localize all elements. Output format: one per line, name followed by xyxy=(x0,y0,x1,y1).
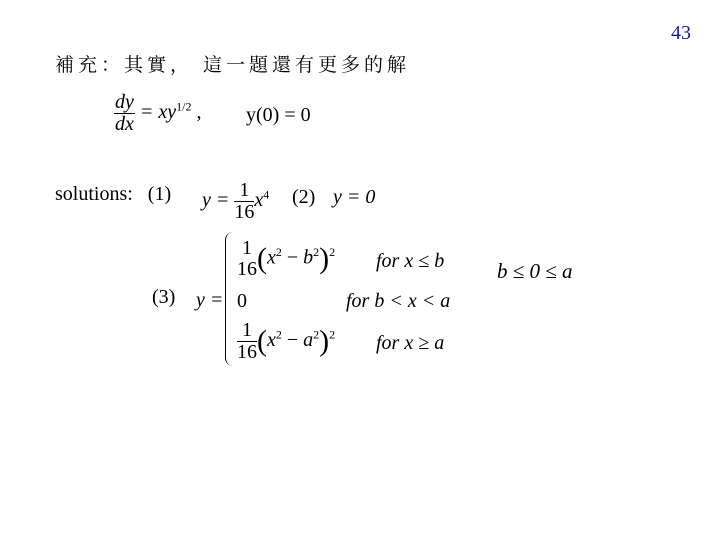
open-paren: ( xyxy=(257,242,267,275)
solution-1-exp: 4 xyxy=(263,187,269,201)
solution-1-lhs: y = xyxy=(202,189,229,211)
solution-3-label: (3) xyxy=(152,286,175,309)
initial-condition: y(0) = 0 xyxy=(246,104,311,127)
solutions-label: solutions: (1) xyxy=(55,183,171,206)
close-paren: ) xyxy=(319,325,329,358)
solution-3-lhs: y = xyxy=(196,289,223,312)
piecewise-row-3: 1 16 (x2 − a2)2 xyxy=(237,320,335,363)
solution-1: y = 1 16 x4 xyxy=(202,180,269,223)
ode-exponent: 1/2 xyxy=(176,99,191,113)
fraction-numerator: 1 xyxy=(237,320,257,342)
solution-2-label: (2) xyxy=(292,186,315,209)
row-3-x: x xyxy=(267,329,276,351)
row-1-fraction: 1 16 xyxy=(237,238,257,280)
parameter-constraint: b ≤ 0 ≤ a xyxy=(497,259,573,284)
row-1-const: b xyxy=(303,247,313,269)
row-3-outer-exp: 2 xyxy=(329,327,335,341)
fraction-numerator: 1 xyxy=(237,238,257,259)
row-1-x: x xyxy=(267,247,276,269)
fraction-denominator: 16 xyxy=(234,202,254,223)
piecewise-row-1: 1 16 (x2 − b2)2 xyxy=(237,238,335,280)
row-1-condition: for x ≤ b xyxy=(376,250,444,273)
solution-1-var: x xyxy=(254,189,263,211)
solution-1-fraction: 1 16 xyxy=(234,180,254,223)
solution-2: y = 0 xyxy=(333,186,375,209)
left-brace xyxy=(225,232,236,366)
row-2-condition: for b < x < a xyxy=(346,290,450,313)
row-1-outer-exp: 2 xyxy=(329,245,335,259)
fraction-numerator: dy xyxy=(114,92,135,114)
row-1-minus: − xyxy=(282,247,303,269)
solutions-text: solutions: xyxy=(55,183,133,205)
row-3-condition: for x ≥ a xyxy=(376,332,444,355)
row-3-const: a xyxy=(303,329,313,351)
fraction-denominator: 16 xyxy=(237,259,257,280)
fraction-numerator: 1 xyxy=(234,180,254,202)
fraction-denominator: 16 xyxy=(237,342,257,363)
row-3-minus: − xyxy=(282,329,303,351)
fraction-denominator: dx xyxy=(114,114,135,135)
solution-1-label: (1) xyxy=(148,183,171,205)
row-3-fraction: 1 16 xyxy=(237,320,257,363)
derivative-fraction: dy dx xyxy=(114,92,135,135)
ode-rhs: = xy xyxy=(140,101,176,123)
close-paren: ) xyxy=(319,242,329,275)
ode-comma: , xyxy=(196,101,201,123)
page-number: 43 xyxy=(671,22,691,45)
open-paren: ( xyxy=(257,325,267,358)
slide-heading: 補充：其實， 這一題還有更多的解 xyxy=(55,50,410,77)
ode-equation: dy dx = xy1/2 , xyxy=(114,92,201,135)
piecewise-row-2: 0 xyxy=(237,290,247,313)
